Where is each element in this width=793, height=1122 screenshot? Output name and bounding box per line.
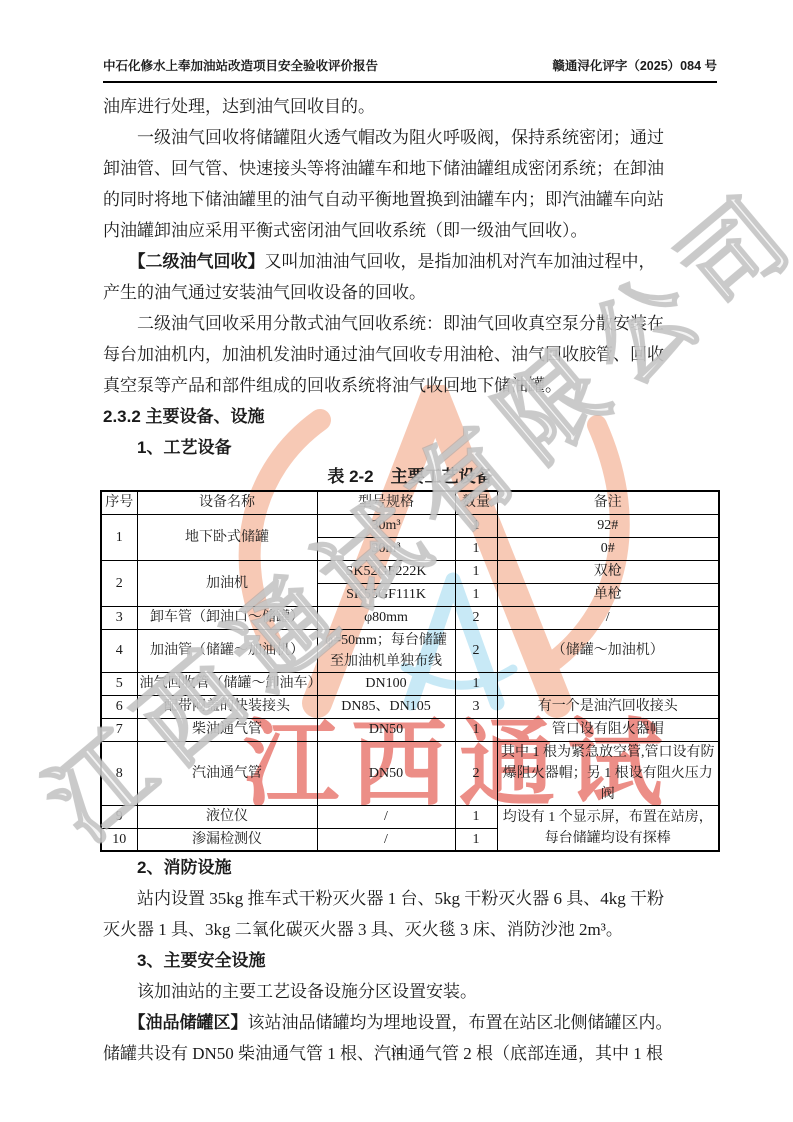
cell-qty: 1	[455, 805, 497, 828]
cell-note: 单枪	[497, 583, 719, 606]
cell-qty: 1	[455, 514, 497, 537]
document-page: 江西通试 中石化修水上奉加油站改造项目安全验收评价报告 赣通浔化评字（2025）…	[0, 0, 793, 1122]
cell-spec: SK52GF222K	[317, 560, 455, 583]
paragraph-line: 该加油站的主要工艺设备设施分区设置安装。	[103, 976, 717, 1007]
cell-spec: SK55GF111K	[317, 583, 455, 606]
cell-qty: 2	[455, 629, 497, 672]
cell-name: 液位仪	[137, 805, 317, 828]
cell-qty: 1	[455, 537, 497, 560]
cell-note: 管口设有阻火器帽	[497, 718, 719, 741]
paragraph-line: 【油品储罐区】该站油品储罐均为埋地设置，布置在站区北侧储罐区内。	[103, 1007, 717, 1038]
cell-seq: 3	[101, 606, 137, 629]
paragraph-line: 油库进行处理，达到油气回收目的。	[103, 91, 717, 122]
header-report-title: 中石化修水上奉加油站改造项目安全验收评价报告	[103, 56, 378, 74]
paragraph-line: 灭火器 1 具、3kg 二氧化碳灭火器 3 具、灭火毯 3 床、消防沙池 2m³…	[103, 914, 717, 945]
table-row: 4 加油管（储罐～加油机） φ=50mm；每台储罐至加油机单独布线 2 （储罐～…	[101, 629, 719, 672]
cell-seq: 9	[101, 805, 137, 828]
paragraph-line: 【二级油气回收】又叫加油油气回收，是指加油机对汽车加油过程中，	[103, 246, 717, 277]
table-row: 9 液位仪 / 1 均设有 1 个显示屏，布置在站房，每台储罐均设有探棒	[101, 805, 719, 828]
paragraph-line: 卸油管、回气管、快速接头等将油罐车和地下储油罐组成密闭系统；在卸油	[103, 153, 717, 184]
col-header-seq: 序号	[101, 491, 137, 514]
cell-spec: DN50	[317, 718, 455, 741]
table-row: 7 柴油通气管 DN50 1 管口设有阻火器帽	[101, 718, 719, 741]
cell-qty: 2	[455, 741, 497, 805]
col-header-note: 备注	[497, 491, 719, 514]
cell-spec: φ=50mm；每台储罐至加油机单独布线	[317, 629, 455, 672]
cell-qty: 1	[455, 560, 497, 583]
body-text: 油库进行处理，达到油气回收目的。 一级油气回收将储罐阻火透气帽改为阻火呼吸阀，保…	[103, 91, 717, 1069]
paragraph-line: 每台加油机内，加油机发油时通过油气回收专用油枪、油气回收胶管、回收	[103, 339, 717, 370]
section-heading-2-3-2: 2.3.2 主要设备、设施	[103, 401, 717, 432]
cell-note: 其中 1 根为紧急放空管,管口设有防爆阻火器帽；另 1 根设有阻火压力阀	[497, 741, 719, 805]
cell-qty: 1	[455, 828, 497, 851]
cell-seq: 4	[101, 629, 137, 672]
cell-note: 双枪	[497, 560, 719, 583]
cell-seq: 5	[101, 672, 137, 695]
cell-name: 加油管（储罐～加油机）	[137, 629, 317, 672]
page-number: 14	[0, 1044, 793, 1060]
table-row: 2 加油机 SK52GF222K 1 双枪	[101, 560, 719, 583]
cell-qty: 1	[455, 583, 497, 606]
cell-note-merged: 均设有 1 个显示屏，布置在站房，每台储罐均设有探棒	[497, 805, 719, 851]
paragraph-line: 内油罐卸油应采用平衡式密闭油气回收系统（即一级油气回收）。	[103, 215, 717, 246]
subsection-heading-safety-facilities: 3、主要安全设施	[103, 945, 717, 976]
header-doc-number: 赣通浔化评字（2025）084 号	[552, 56, 717, 74]
cell-seq: 6	[101, 695, 137, 718]
col-header-spec: 型号规格	[317, 491, 455, 514]
paragraph-line: 一级油气回收将储罐阻火透气帽改为阻火呼吸阀，保持系统密闭；通过	[103, 122, 717, 153]
cell-name: 加油机	[137, 560, 317, 606]
cell-spec: 30m³	[317, 514, 455, 537]
subsection-heading-process-equipment: 1、工艺设备	[103, 432, 717, 463]
equipment-table: 序号 设备名称 型号规格 数量 备注 1 地下卧式储罐 30m³ 1 92#	[100, 490, 720, 852]
cell-seq: 10	[101, 828, 137, 851]
paragraph-line: 产生的油气通过安装油气回收设备的回收。	[103, 277, 717, 308]
paragraph-line: 的同时将地下储油罐里的油气自动平衡地置换到油罐车内；即汽油罐车向站	[103, 184, 717, 215]
cell-seq: 8	[101, 741, 137, 805]
table-row: 5 油气回收管（储罐～卸油车） DN100 1	[101, 672, 719, 695]
cell-note: 92#	[497, 514, 719, 537]
indent	[103, 252, 137, 271]
subsection-heading-fire-facilities: 2、消防设施	[103, 852, 717, 883]
cell-seq: 7	[101, 718, 137, 741]
cell-qty: 2	[455, 606, 497, 629]
cell-name: 配带闷盖的快装接头	[137, 695, 317, 718]
cell-spec: /	[317, 828, 455, 851]
paragraph-text: 又叫加油油气回收，是指加油机对汽车加油过程中，	[265, 252, 656, 271]
cell-qty: 1	[455, 718, 497, 741]
col-header-qty: 数量	[455, 491, 497, 514]
cell-note: 有一个是油汽回收接头	[497, 695, 719, 718]
cell-name: 柴油通气管	[137, 718, 317, 741]
cell-spec: 30m³	[317, 537, 455, 560]
cell-seq: 2	[101, 560, 137, 606]
cell-name: 汽油通气管	[137, 741, 317, 805]
term-tank-area: 【油品储罐区】	[137, 1013, 248, 1032]
table-row: 1 地下卧式储罐 30m³ 1 92#	[101, 514, 719, 537]
page-header: 中石化修水上奉加油站改造项目安全验收评价报告 赣通浔化评字（2025）084 号	[103, 56, 717, 83]
cell-spec: φ80mm	[317, 606, 455, 629]
cell-note: （储罐～加油机）	[497, 629, 719, 672]
page-content: 中石化修水上奉加油站改造项目安全验收评价报告 赣通浔化评字（2025）084 号…	[0, 0, 793, 1069]
paragraph-line: 二级油气回收采用分散式油气回收系统：即油气回收真空泵分散安装在	[103, 308, 717, 339]
indent	[103, 1013, 137, 1032]
table-row: 6 配带闷盖的快装接头 DN85、DN105 3 有一个是油汽回收接头	[101, 695, 719, 718]
paragraph-text: 该站油品储罐均为埋地设置，布置在站区北侧储罐区内。	[248, 1013, 673, 1032]
table-row: 8 汽油通气管 DN50 2 其中 1 根为紧急放空管,管口设有防爆阻火器帽；另…	[101, 741, 719, 805]
term-secondary-vapor-recovery: 【二级油气回收】	[137, 252, 265, 271]
paragraph-line: 真空泵等产品和部件组成的回收系统将油气收回地下储油罐。	[103, 370, 717, 401]
cell-seq: 1	[101, 514, 137, 560]
table-header-row: 序号 设备名称 型号规格 数量 备注	[101, 491, 719, 514]
cell-note	[497, 672, 719, 695]
cell-note: 0#	[497, 537, 719, 560]
cell-spec: DN50	[317, 741, 455, 805]
cell-name: 卸车管（卸油口～储罐）	[137, 606, 317, 629]
cell-spec: DN100	[317, 672, 455, 695]
table-caption: 表 2-2 主要工艺设备	[103, 463, 717, 490]
cell-spec: DN85、DN105	[317, 695, 455, 718]
cell-name: 渗漏检测仪	[137, 828, 317, 851]
cell-note: /	[497, 606, 719, 629]
col-header-name: 设备名称	[137, 491, 317, 514]
paragraph-line: 站内设置 35kg 推车式干粉灭火器 1 台、5kg 干粉灭火器 6 具、4kg…	[103, 883, 717, 914]
cell-name: 地下卧式储罐	[137, 514, 317, 560]
cell-qty: 1	[455, 672, 497, 695]
cell-name: 油气回收管（储罐～卸油车）	[137, 672, 317, 695]
cell-qty: 3	[455, 695, 497, 718]
table-row: 3 卸车管（卸油口～储罐） φ80mm 2 /	[101, 606, 719, 629]
cell-spec: /	[317, 805, 455, 828]
